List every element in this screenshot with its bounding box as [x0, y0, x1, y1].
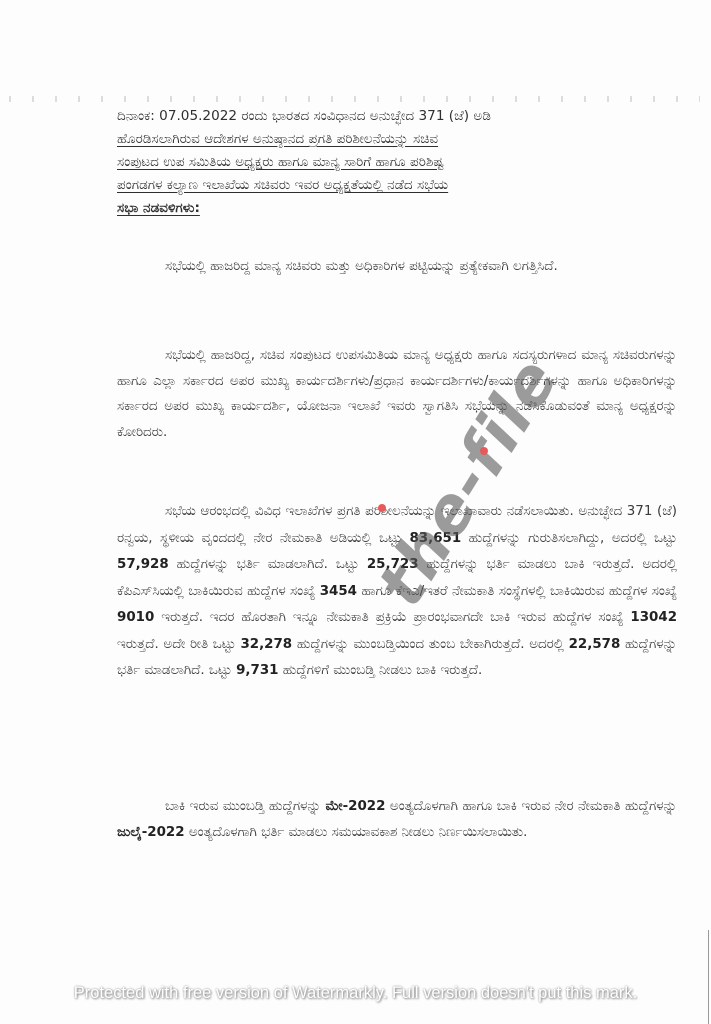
text-segment: ಬಾಕಿ ಇರುವ ಮುಂಬಡ್ತಿ ಹುದ್ದೆಗಳನ್ನು [165, 799, 321, 814]
paragraph-text: ಸಭೆಯಲ್ಲಿ ಹಾಜರಿದ್ದ ಮಾನ್ಯ ಸಚಿವರು ಮತ್ತು ಅಧಿ… [165, 259, 558, 274]
document-heading: ದಿನಾಂಕ: 07.05.2022 ರಂದು ಭಾರತದ ಸಂವಿಧಾನದ ಅ… [117, 105, 677, 220]
kpsc-pending-count: 3454 [320, 584, 357, 599]
heading-line-4: ಪಂಗಡಗಳ ಕಲ್ಯಾಣ ಇಲಾಖೆಯ ಸಚಿವರು ಇವರ ಅಧ್ಯಕ್ಷತ… [117, 174, 677, 197]
text-segment: ಇರುತ್ತದೆ. ಇದರ ಹೊರತಾಗಿ ಇನ್ನೂ ನೇಮಕಾತಿ ಪ್ರಕ… [161, 610, 623, 625]
heading-line-5: ಸಭಾ ನಡವಳಿಗಳು: [117, 197, 677, 220]
text-segment: ಇರುತ್ತದೆ. ಅದೇ ರೀತಿ ಒಟ್ಟು [117, 637, 236, 652]
heading-line-3: ಸಂಪುಟದ ಉಪ ಸಮಿತಿಯ ಅಧ್ಯಕ್ಷರು ಹಾಗೂ ಮಾನ್ಯ ಸಾ… [117, 151, 677, 174]
promotion-posts-count: 32,278 [240, 637, 292, 652]
promotion-deadline: ಮೇ-2022 [325, 799, 385, 814]
recruitment-deadline: ಜುಲೈ-2022 [117, 825, 185, 840]
not-started-count: 13042 [630, 610, 677, 625]
promotion-filled-count: 22,578 [569, 637, 621, 652]
scan-noise [0, 96, 700, 102]
page-edge [708, 930, 709, 1024]
filled-posts-count: 57,928 [117, 557, 169, 572]
heading-line-2: ಹೊರಡಿಸಲಾಗಿರುವ ಆದೇಶಗಳ ಅನುಷ್ಠಾನದ ಪ್ರಗತಿ ಪರ… [117, 128, 677, 151]
watermark-dot [480, 447, 488, 455]
pending-posts-count: 25,723 [367, 557, 419, 572]
text-segment: ಹುದ್ದೆಗಳನ್ನು ಮುಂಬಡ್ತಿಯಿಂದ ತುಂಬ ಬೇಕಾಗಿರುತ… [297, 637, 564, 652]
text-segment: ಅಂತ್ಯದೊಳಗಾಗಿ ಭರ್ತಿ ಮಾಡಲು ಸಮಯಾವಕಾಶ ನೀಡಲು … [189, 825, 528, 840]
text-segment: ಹಾಗೂ ಕೆಇಎ/ಇತರೆ ನೇಮಕಾತಿ ಸಂಸ್ಥೆಗಳಲ್ಲಿ ಬಾಕಿ… [361, 584, 677, 599]
paragraph-attendees: ಸಭೆಯಲ್ಲಿ ಹಾಜರಿದ್ದ ಮಾನ್ಯ ಸಚಿವರು ಮತ್ತು ಅಧಿ… [117, 255, 677, 278]
promotion-pending-count: 9,731 [236, 663, 278, 678]
text-segment: ಹುದ್ದೆಗಳನ್ನು ಗುರುತಿಸಲಾಗಿದ್ದು, ಅದರಲ್ಲಿ ಒಟ… [469, 531, 677, 546]
heading-line-1: ದಿನಾಂಕ: 07.05.2022 ರಂದು ಭಾರತದ ಸಂವಿಧಾನದ ಅ… [117, 105, 677, 128]
identified-posts-count: 83,651 [409, 531, 461, 546]
paragraph-text: ಸಭೆಯಲ್ಲಿ ಹಾಜರಿದ್ದ, ಸಚಿವ ಸಂಪುಟದ ಉಪಸಮಿತಿಯ … [117, 348, 677, 440]
document-page: ದಿನಾಂಕ: 07.05.2022 ರಂದು ಭಾರತದ ಸಂವಿಧಾನದ ಅ… [0, 0, 711, 1024]
paragraph-decision: ಬಾಕಿ ಇರುವ ಮುಂಬಡ್ತಿ ಹುದ್ದೆಗಳನ್ನು ಮೇ-2022 … [117, 794, 677, 846]
text-segment: ಹುದ್ದೆಗಳನ್ನು ಭರ್ತಿ ಮಾಡಲಾಗಿದೆ. ಒಟ್ಟು [177, 557, 359, 572]
text-segment: ಅಂತ್ಯದೊಳಗಾಗಿ ಹಾಗೂ ಬಾಕಿ ಇರುವ ನೇರ ನೇಮಕಾತಿ … [390, 799, 677, 814]
paragraph-progress: ಸಭೆಯ ಆರಂಭದಲ್ಲಿ ವಿವಿಧ ಇಲಾಖೆಗಳ ಪ್ರಗತಿ ಪರಿಶ… [117, 499, 677, 685]
paragraph-welcome: ಸಭೆಯಲ್ಲಿ ಹಾಜರಿದ್ದ, ಸಚಿವ ಸಂಪುಟದ ಉಪಸಮಿತಿಯ … [117, 343, 677, 445]
kea-pending-count: 9010 [117, 610, 154, 625]
watermark-dot [378, 504, 386, 512]
text-segment: ಹುದ್ದೆಗಳಿಗೆ ಮುಂಬಡ್ತಿ ನೀಡಲು ಬಾಕಿ ಇರುತ್ತದೆ… [283, 663, 482, 678]
bottom-watermark: Protected with free version of Watermark… [0, 984, 711, 1003]
